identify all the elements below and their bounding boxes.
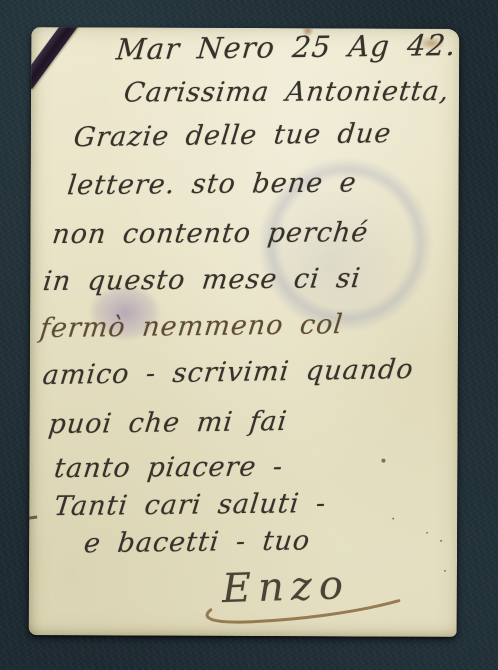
handwriting-line: Grazie delle tue due: [72, 120, 392, 151]
handwriting-line: fermò nemmeno col: [39, 311, 345, 342]
photo-of-postcard: Mar Nero 25 Ag 42. Carissima Antonietta,…: [0, 0, 498, 670]
handwriting-line: tanto piacere -: [53, 453, 285, 482]
paper-speckles: [381, 459, 385, 463]
handwriting-line-date: Mar Nero 25 Ag 42.: [115, 31, 458, 64]
handwriting-line: Tanti cari saluti -: [53, 490, 328, 520]
signature-underline-flourish: [197, 596, 407, 629]
postcard: Mar Nero 25 Ag 42. Carissima Antonietta,…: [29, 27, 460, 637]
handwriting-line: in questo mese ci si: [42, 265, 363, 295]
handwriting-line: non contento perché: [51, 219, 370, 248]
handwriting-line: e bacetti - tuo: [83, 527, 312, 557]
handwriting-line: puoi che mi fai: [47, 408, 289, 438]
paper-mark: [29, 515, 38, 519]
handwriting-line: amico - scrivimi quando: [41, 356, 415, 389]
corner-ribbon: [29, 27, 81, 89]
handwriting-line-salutation: Carissima Antonietta,: [122, 78, 451, 106]
handwriting-line: lettere. sto bene e: [66, 169, 358, 199]
